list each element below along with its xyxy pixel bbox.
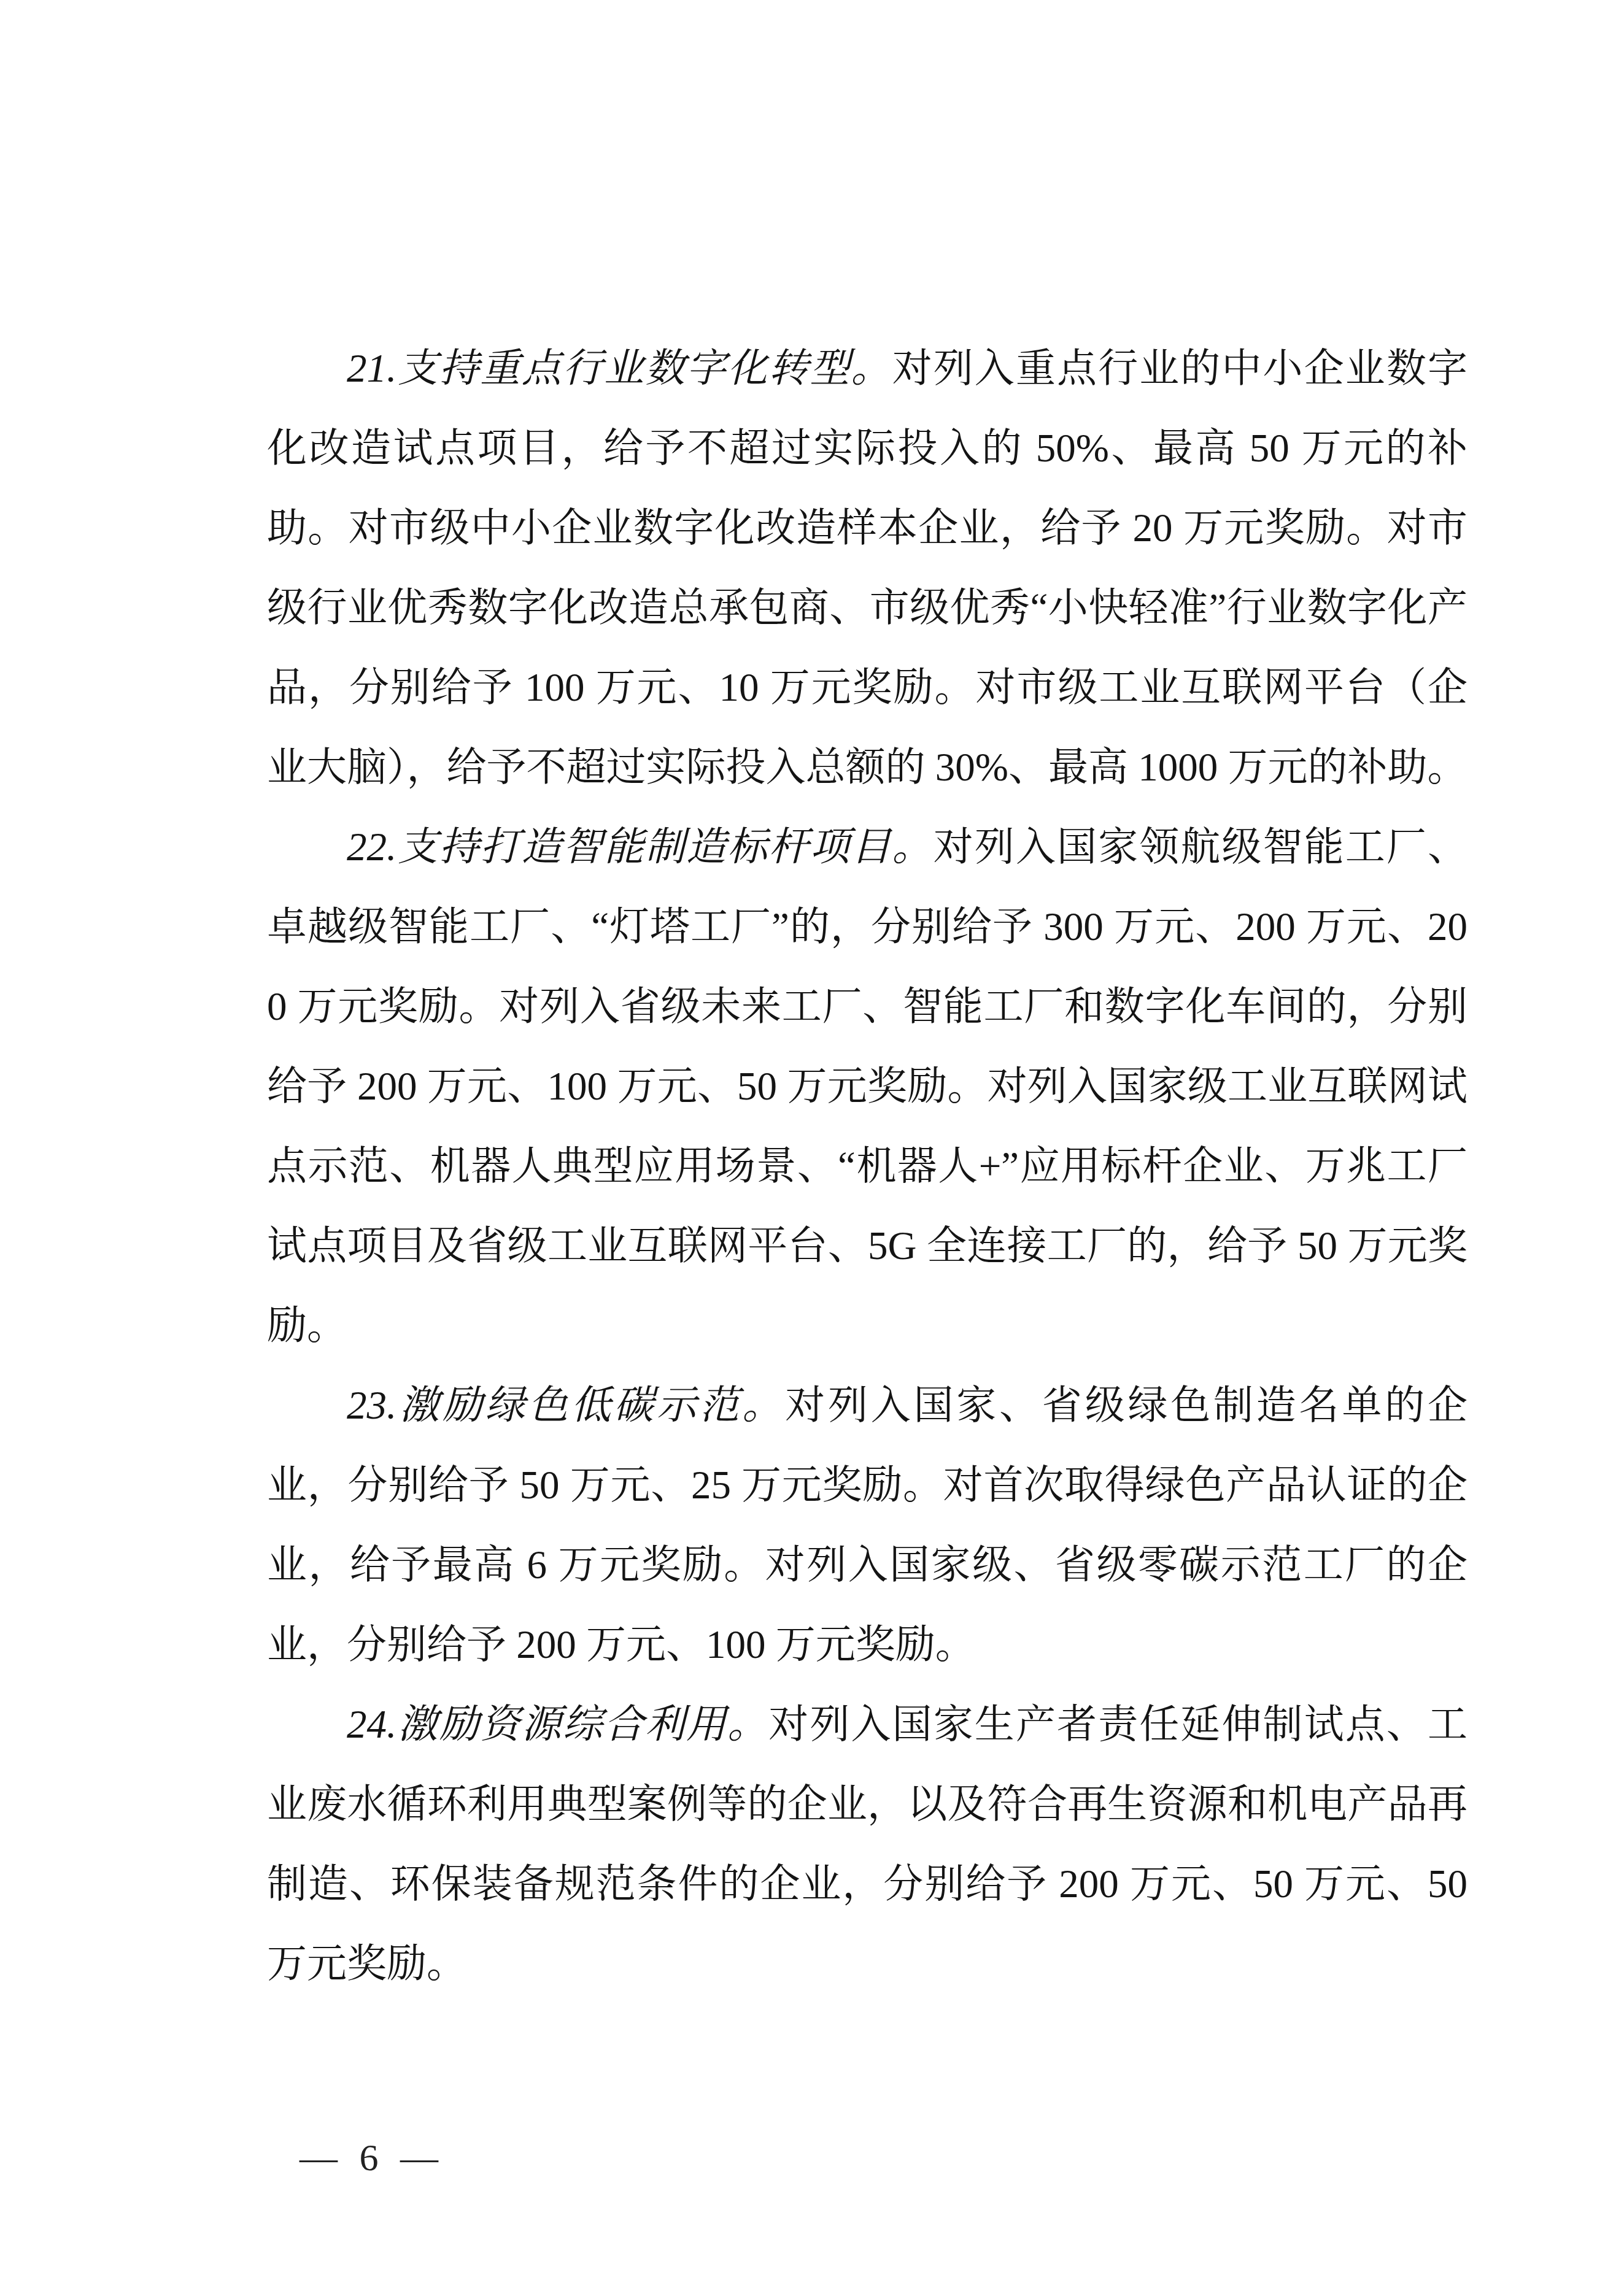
paragraph-24-lead: 24.激励资源综合利用。	[347, 1703, 768, 1747]
document-page: 21.支持重点行业数字化转型。对列入重点行业的中小企业数字化改造试点项目，给予不…	[0, 0, 1624, 2296]
paragraph-item-22: 22.支持打造智能制造标杆项目。对列入国家领航级智能工厂、卓越级智能工厂、“灯塔…	[267, 807, 1467, 1366]
text-block: 21.支持重点行业数字化转型。对列入重点行业的中小企业数字化改造试点项目，给予不…	[267, 329, 1467, 2004]
paragraph-22-body: 对列入国家领航级智能工厂、卓越级智能工厂、“灯塔工厂”的，分别给予 300 万元…	[267, 825, 1467, 1348]
paragraph-item-21: 21.支持重点行业数字化转型。对列入重点行业的中小企业数字化改造试点项目，给予不…	[267, 329, 1467, 807]
paragraph-22-lead: 22.支持打造智能制造标杆项目。	[347, 825, 934, 869]
paragraph-23-lead: 23.激励绿色低碳示范。	[347, 1384, 785, 1428]
paragraph-21-body: 对列入重点行业的中小企业数字化改造试点项目，给予不超过实际投入的 50%、最高 …	[267, 347, 1467, 790]
paragraph-item-24: 24.激励资源综合利用。对列入国家生产者责任延伸制试点、工业废水循环利用典型案例…	[267, 1685, 1467, 2004]
page-number: — 6 —	[300, 2130, 438, 2186]
paragraph-21-lead: 21.支持重点行业数字化转型。	[347, 347, 892, 391]
paragraph-item-23: 23.激励绿色低碳示范。对列入国家、省级绿色制造名单的企业，分别给予 50 万元…	[267, 1366, 1467, 1685]
